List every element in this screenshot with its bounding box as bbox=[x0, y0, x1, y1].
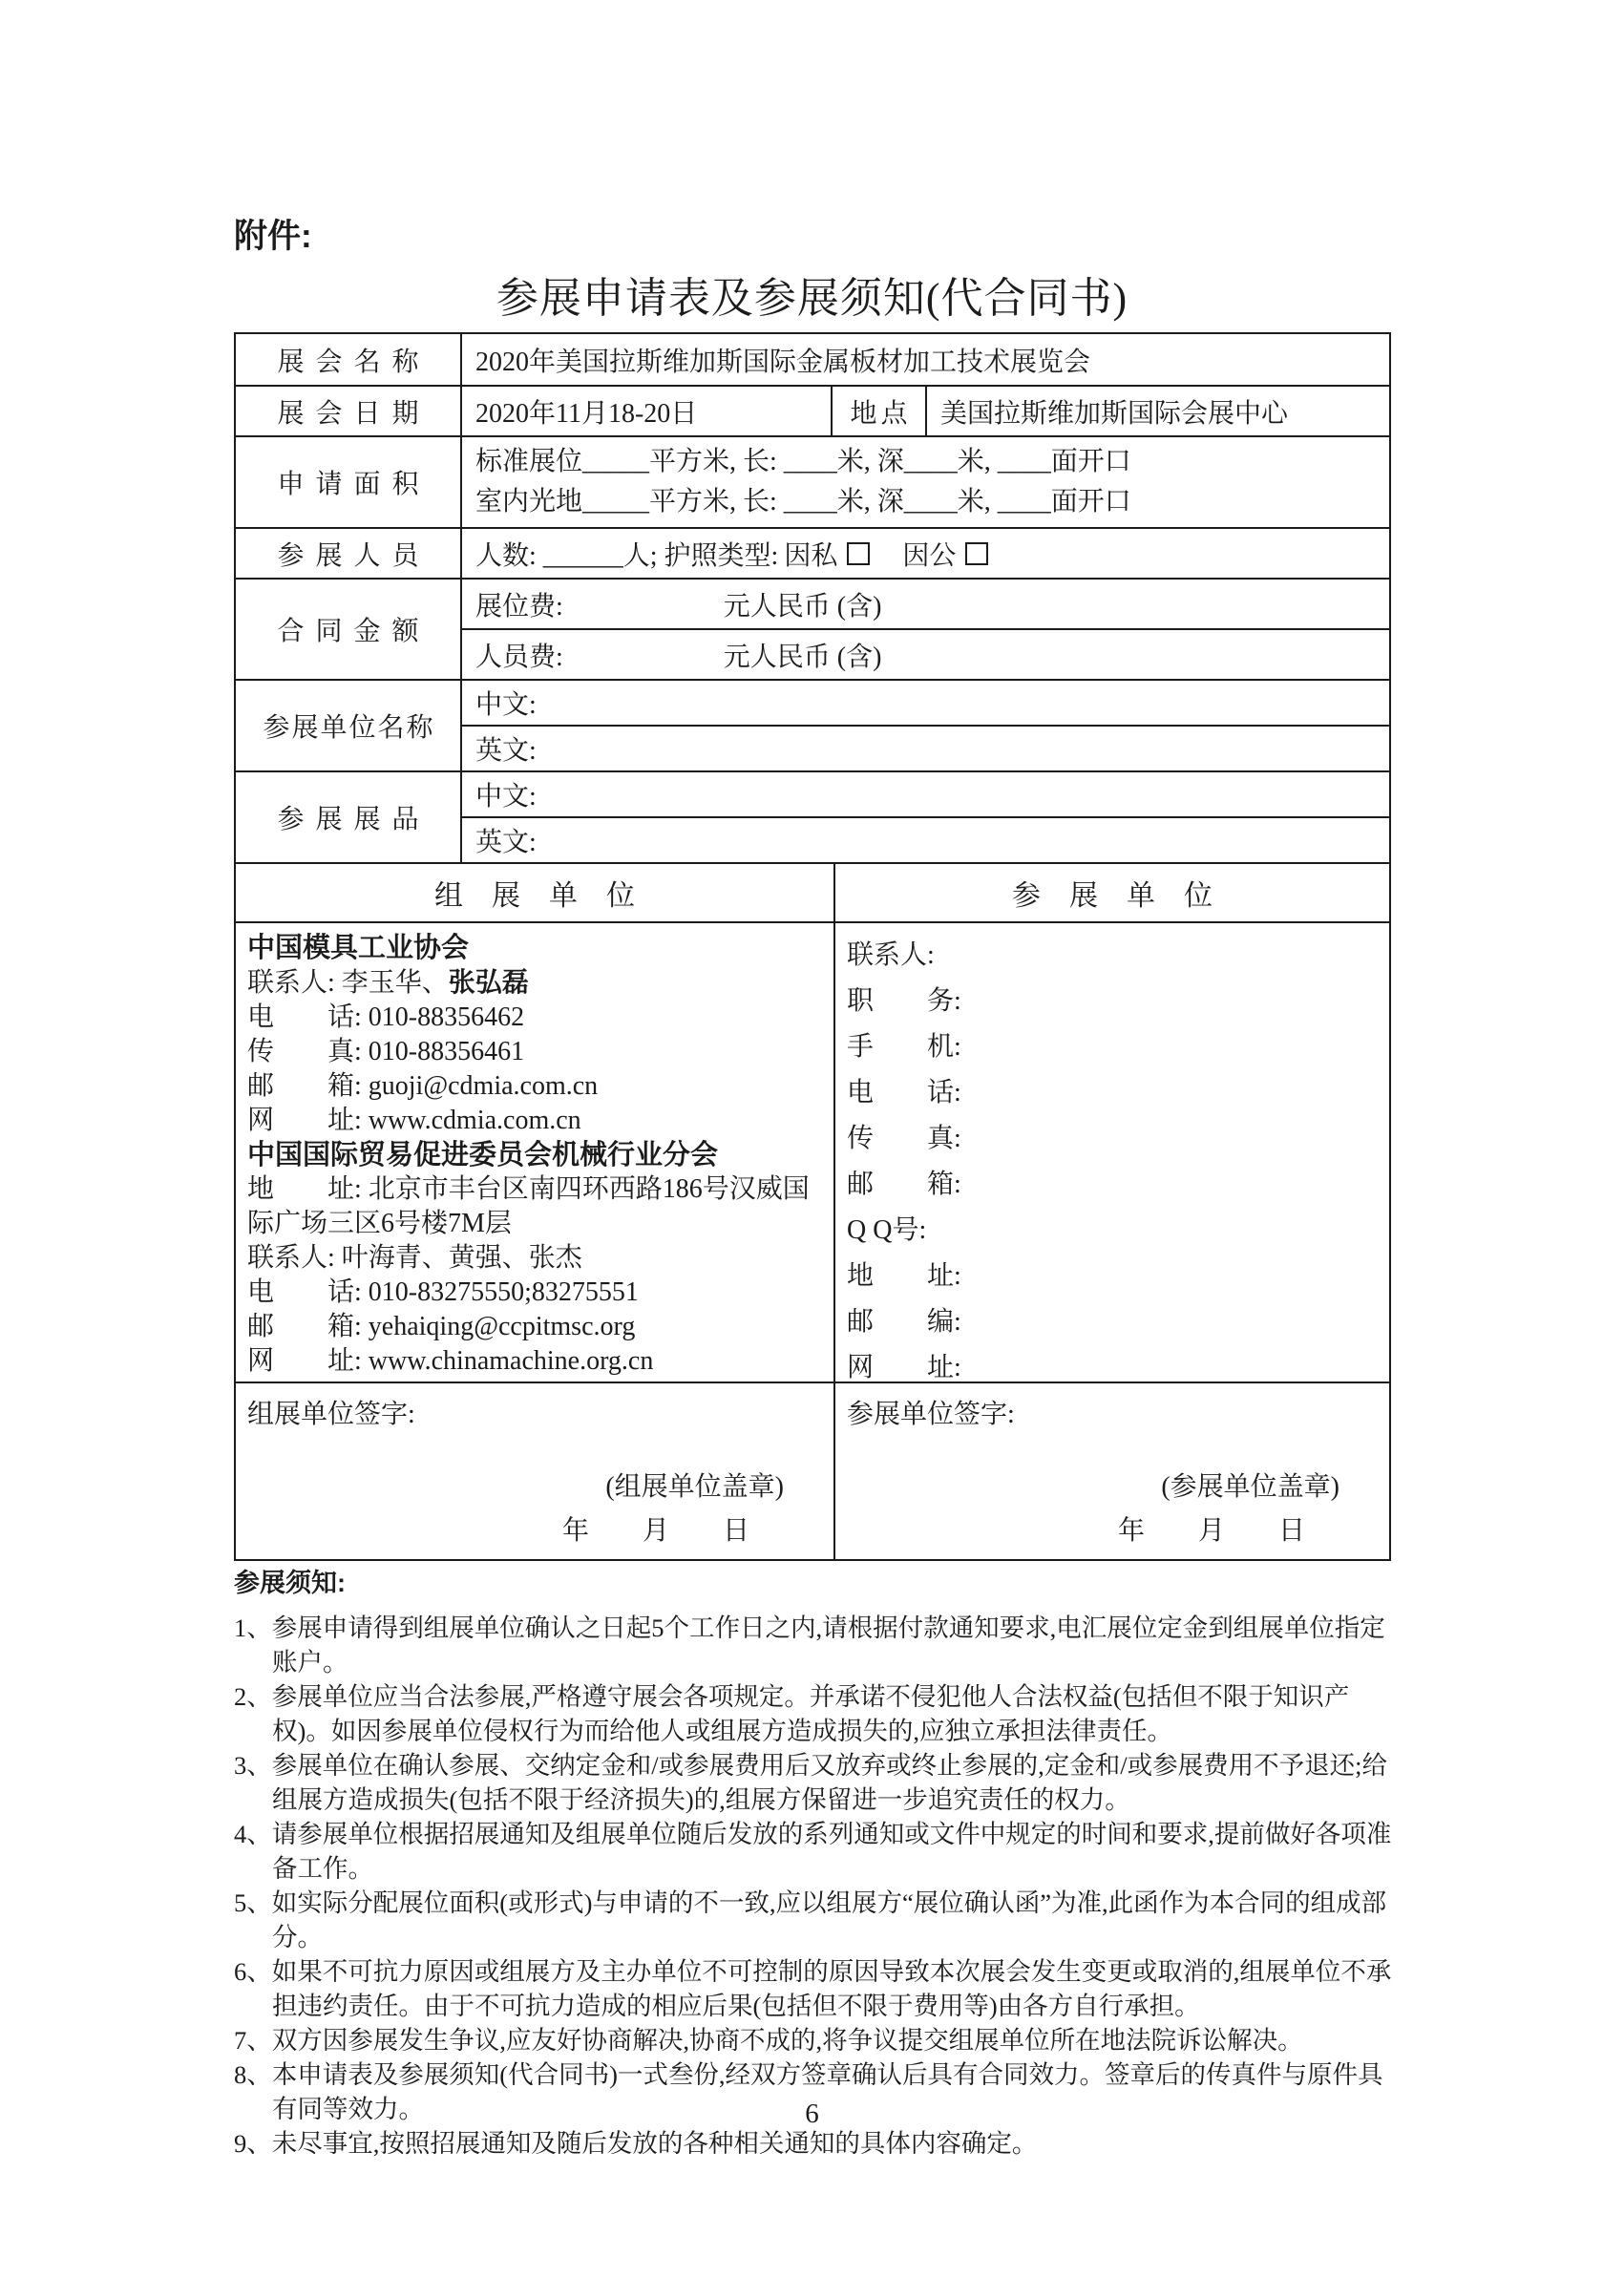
organizer-org1-name: 中国模具工业协会 bbox=[247, 931, 833, 965]
personnel-fee-line: 人员费: 元人民币 (含) bbox=[462, 628, 1389, 679]
organizer-header: 组 展 单 位 bbox=[236, 864, 833, 921]
exhibitor-name-label: 参展单位名称 bbox=[236, 681, 460, 770]
organizer2-email-line: 邮 箱: yehaiqing@ccpitmsc.org bbox=[247, 1310, 833, 1344]
organizer-sign-label: 组展单位签字: bbox=[247, 1393, 415, 1431]
personnel-label: 参展人员 bbox=[236, 529, 460, 578]
organizer-contact-prefix: 联系人: 李玉华、 bbox=[247, 968, 449, 998]
checkbox-passport-private bbox=[847, 542, 870, 565]
exhibitor-field-phone: 电 话: bbox=[847, 1070, 1389, 1116]
organizer-date-line: 年 月 日 bbox=[562, 1509, 749, 1548]
personnel-count-text: 人数: ______人; 护照类型: bbox=[475, 535, 778, 573]
area-standard-booth-line: 标准展位_____平方米, 长: ____米, 深____米, ____面开口 bbox=[475, 442, 1131, 482]
exhibitor-name-en-line: 英文: bbox=[462, 725, 1389, 770]
exhibition-date-label: 展会日期 bbox=[236, 387, 460, 435]
exhibitor-field-zipcode: 邮 编: bbox=[847, 1299, 1389, 1345]
note-item-1: 1、参展申请得到组展单位确认之日起5个工作日之内,请根据付款通知要求,电汇展位定… bbox=[234, 1611, 1397, 1679]
exhibitor-signature-cell: 参展单位签字: (参展单位盖章) 年 月 日 bbox=[833, 1383, 1389, 1559]
contract-amount-values: 展位费: 元人民币 (含) 人员费: 元人民币 (含) bbox=[460, 580, 1389, 679]
applied-area-value: 标准展位_____平方米, 长: ____米, 深____米, ____面开口 … bbox=[460, 437, 1389, 527]
exhibitor-field-address: 地 址: bbox=[847, 1254, 1389, 1299]
exhibits-label: 参展展品 bbox=[236, 772, 460, 862]
row-signatures: 组展单位签字: (组展单位盖章) 年 月 日 参展单位签字: (参展单位盖章) … bbox=[236, 1382, 1389, 1559]
organizer-contact-person-line: 联系人: 李玉华、张弘磊 bbox=[247, 965, 833, 1001]
exhibition-name-label: 展会名称 bbox=[236, 334, 460, 385]
row-exhibits: 参展展品 中文: 英文: bbox=[236, 770, 1389, 862]
note-item-4: 4、请参展单位根据招展通知及组展单位随后发放的系列通知或文件中规定的时间和要求,… bbox=[234, 1817, 1397, 1886]
row-contacts: 中国模具工业协会 联系人: 李玉华、张弘磊 电 话: 010-88356462 … bbox=[236, 921, 1389, 1382]
note-item-5: 5、如实际分配展位面积(或形式)与申请的不一致,应以组展方“展位确认函”为准,此… bbox=[234, 1886, 1397, 1954]
exhibits-values: 中文: 英文: bbox=[460, 772, 1389, 862]
location-value: 美国拉斯维加斯国际会展中心 bbox=[925, 387, 1389, 435]
checkbox-passport-public bbox=[965, 542, 988, 565]
attachment-label: 附件: bbox=[234, 210, 312, 258]
row-exhibition-date: 展会日期 2020年11月18-20日 地点 美国拉斯维加斯国际会展中心 bbox=[236, 385, 1389, 435]
exhibits-en-line: 英文: bbox=[462, 816, 1389, 862]
exhibitor-field-email: 邮 箱: bbox=[847, 1162, 1389, 1208]
exhibitor-name-cn-line: 中文: bbox=[462, 681, 1389, 725]
contract-amount-label: 合同金额 bbox=[236, 580, 460, 679]
note-item-6: 6、如果不可抗力原因或组展方及主办单位不可控制的原因导致本次展会发生变更或取消的… bbox=[234, 1954, 1397, 2023]
exhibitor-field-position: 职 务: bbox=[847, 979, 1389, 1024]
passport-public-label: 因公 bbox=[902, 535, 956, 573]
organizer2-website-line: 网 址: www.chinamachine.org.cn bbox=[247, 1344, 833, 1379]
organizer-contact-cell: 中国模具工业协会 联系人: 李玉华、张弘磊 电 话: 010-88356462 … bbox=[236, 923, 833, 1382]
passport-private-label: 因私 bbox=[784, 535, 837, 573]
application-form-table: 展会名称 2020年美国拉斯维加斯国际金属板材加工技术展览会 展会日期 2020… bbox=[234, 332, 1391, 1561]
row-section-headers: 组 展 单 位 参 展 单 位 bbox=[236, 862, 1389, 921]
organizer-seal-label: (组展单位盖章) bbox=[605, 1466, 784, 1504]
note-item-2: 2、参展单位应当合法参展,严格遵守展会各项规定。并承诺不侵犯他人合法权益(包括但… bbox=[234, 1679, 1397, 1748]
row-contract-amount: 合同金额 展位费: 元人民币 (含) 人员费: 元人民币 (含) bbox=[236, 578, 1389, 679]
exhibitor-sign-label: 参展单位签字: bbox=[847, 1393, 1015, 1431]
row-exhibition-name: 展会名称 2020年美国拉斯维加斯国际金属板材加工技术展览会 bbox=[236, 334, 1389, 385]
booth-fee-line: 展位费: 元人民币 (含) bbox=[462, 580, 1389, 628]
notes-heading: 参展须知: bbox=[234, 1562, 1397, 1599]
note-item-7: 7、双方因参展发生争议,应友好协商解决,协商不成的,将争议提交组展单位所在地法院… bbox=[234, 2023, 1397, 2057]
organizer2-address-line: 地 址: 北京市丰台区南四环西路186号汉威国际广场三区6号楼7M层 bbox=[247, 1172, 833, 1241]
exhibition-name-value: 2020年美国拉斯维加斯国际金属板材加工技术展览会 bbox=[460, 334, 1389, 385]
exhibitor-field-qq: Q Q号: bbox=[847, 1208, 1389, 1254]
page-number: 6 bbox=[0, 2099, 1624, 2130]
organizer-contact-bold-name: 张弘磊 bbox=[449, 967, 529, 997]
exhibitor-name-values: 中文: 英文: bbox=[460, 681, 1389, 770]
area-raw-space-line: 室内光地_____平方米, 长: ____米, 深____米, ____面开口 bbox=[475, 482, 1131, 522]
organizer-signature-cell: 组展单位签字: (组展单位盖章) 年 月 日 bbox=[236, 1383, 833, 1559]
personnel-value: 人数: ______人; 护照类型: 因私 因公 bbox=[460, 529, 1389, 578]
exhibitor-field-website: 网 址: bbox=[847, 1345, 1389, 1382]
organizer-email-line: 邮 箱: guoji@cdmia.com.cn bbox=[247, 1069, 833, 1104]
note-item-3: 3、参展单位在确认参展、交纳定金和/或参展费用后又放弃或终止参展的,定金和/或参… bbox=[234, 1748, 1397, 1817]
exhibitor-field-contact: 联系人: bbox=[847, 933, 1389, 979]
exhibition-notes: 参展须知: 1、参展申请得到组展单位确认之日起5个工作日之内,请根据付款通知要求… bbox=[234, 1562, 1397, 2161]
exhibitor-contact-cell: 联系人: 职 务: 手 机: 电 话: 传 真: 邮 箱: Q Q号: 地 址:… bbox=[833, 923, 1389, 1382]
exhibitor-date-line: 年 月 日 bbox=[1118, 1509, 1305, 1548]
organizer-fax-line: 传 真: 010-88356461 bbox=[247, 1035, 833, 1069]
row-personnel: 参展人员 人数: ______人; 护照类型: 因私 因公 bbox=[236, 527, 1389, 578]
location-label: 地点 bbox=[831, 387, 925, 435]
exhibitor-field-mobile: 手 机: bbox=[847, 1024, 1389, 1070]
exhibitor-header: 参 展 单 位 bbox=[833, 864, 1389, 921]
applied-area-label: 申请面积 bbox=[236, 437, 460, 527]
organizer2-contact-line: 联系人: 叶海青、黄强、张杰 bbox=[247, 1241, 833, 1276]
organizer2-phone-line: 电 话: 010-83275550;83275551 bbox=[247, 1276, 833, 1310]
exhibits-cn-line: 中文: bbox=[462, 772, 1389, 816]
row-exhibitor-name: 参展单位名称 中文: 英文: bbox=[236, 679, 1389, 770]
organizer-phone-line: 电 话: 010-88356462 bbox=[247, 1001, 833, 1035]
document-page: 附件: 参展申请表及参展须知(代合同书) 展会名称 2020年美国拉斯维加斯国际… bbox=[0, 0, 1624, 2278]
exhibition-date-value: 2020年11月18-20日 bbox=[460, 387, 831, 435]
organizer-org2-name: 中国国际贸易促进委员会机械行业分会 bbox=[247, 1138, 833, 1172]
exhibitor-seal-label: (参展单位盖章) bbox=[1161, 1466, 1339, 1504]
row-applied-area: 申请面积 标准展位_____平方米, 长: ____米, 深____米, ___… bbox=[236, 435, 1389, 527]
note-item-9: 9、未尽事宜,按照招展通知及随后发放的各种相关通知的具体内容确定。 bbox=[234, 2126, 1397, 2161]
organizer-website-line: 网 址: www.cdmia.com.cn bbox=[247, 1104, 833, 1138]
page-title: 参展申请表及参展须知(代合同书) bbox=[0, 264, 1624, 325]
exhibitor-field-fax: 传 真: bbox=[847, 1116, 1389, 1162]
